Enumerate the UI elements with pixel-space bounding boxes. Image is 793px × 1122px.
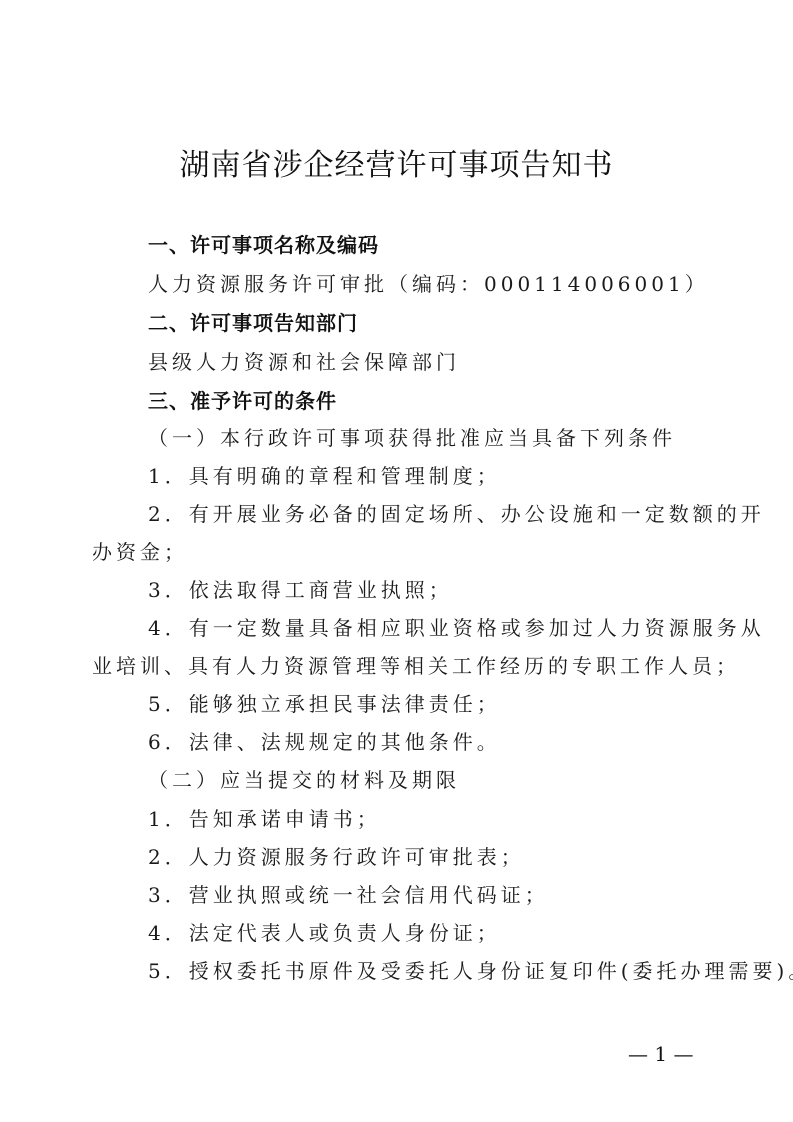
- condition-item: 1．具有明确的章程和管理制度；: [148, 460, 501, 489]
- section-3-heading: 三、准予许可的条件: [148, 385, 337, 414]
- section-1-body: 人力资源服务许可审批（编码：000114006001）: [148, 268, 709, 297]
- section-2-body: 县级人力资源和社会保障部门: [148, 346, 460, 375]
- condition-item: 5．能够独立承担民事法律责任；: [148, 688, 501, 717]
- section-2-heading: 二、许可事项告知部门: [148, 307, 358, 336]
- condition-item-continuation: 办资金；: [92, 536, 188, 565]
- material-item: 3．营业执照或统一社会信用代码证；: [148, 879, 549, 908]
- document-title: 湖南省涉企经营许可事项告知书: [0, 140, 793, 184]
- material-item: 5．授权委托书原件及受委托人身份证复印件(委托办理需要)。: [148, 955, 793, 984]
- condition-item: 3．依法取得工商营业执照；: [148, 574, 453, 603]
- condition-item: 6．法律、法规规定的其他条件。: [148, 726, 501, 755]
- condition-item-continuation: 业培训、具有人力资源管理等相关工作经历的专职工作人员；: [92, 650, 740, 679]
- subsection-1-heading: （一）本行政许可事项获得批准应当具备下列条件: [148, 422, 676, 451]
- condition-item: 4．有一定数量具备相应职业资格或参加过人力资源服务从: [148, 612, 765, 641]
- condition-item: 2．有开展业务必备的固定场所、办公设施和一定数额的开: [148, 498, 765, 527]
- subsection-2-heading: （二）应当提交的材料及期限: [148, 764, 460, 793]
- material-item: 2．人力资源服务行政许可审批表；: [148, 841, 525, 870]
- material-item: 4．法定代表人或负责人身份证；: [148, 917, 501, 946]
- page-number: — 1 —: [628, 1042, 693, 1066]
- section-1-heading: 一、许可事项名称及编码: [148, 229, 379, 258]
- material-item: 1．告知承诺申请书；: [148, 803, 381, 832]
